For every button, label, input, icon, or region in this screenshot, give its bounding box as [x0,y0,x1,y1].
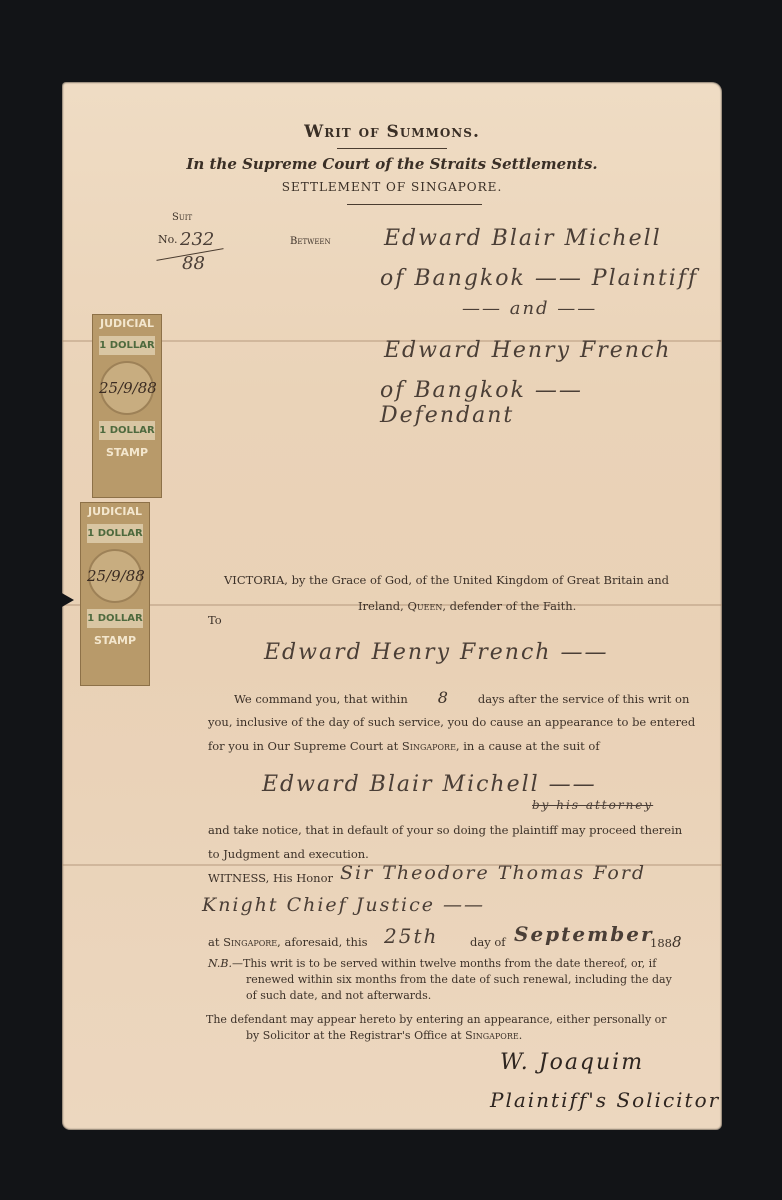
solicitor-role: Plaintiff's Solicitor [490,1088,720,1112]
suit-label: Suit [172,206,192,230]
stamp-header: JUDICIAL [93,315,161,332]
witness-title: Knight Chief Justice —— [202,894,485,916]
nb-line-2: renewed within six months from the date … [246,972,672,988]
text: , aforesaid, this [277,935,367,949]
text: Ireland, [358,599,407,613]
to-name: Edward Henry French —— [264,640,608,665]
singapore-text: Singapore [402,739,456,753]
date-dayof: day of [470,930,506,954]
stamp-footer: STAMP [93,444,161,461]
text: . [519,1029,523,1042]
solicitor-signature: W. Joaquim [500,1050,644,1075]
appear-line-2: by Solicitor at the Registrar's Office a… [246,1028,522,1044]
stamp-header: JUDICIAL [81,503,149,520]
command-line-2: you, inclusive of the day of such servic… [208,710,695,734]
command-line-1: We command you, that within8days after t… [234,686,689,711]
date-line: at Singapore, aforesaid, this [208,930,368,954]
text: by Solicitor at the Registrar's Office a… [246,1029,465,1042]
stamp-value: 1 DOLLAR [87,524,143,543]
singapore-text: Singapore [465,1029,519,1042]
struck-text: by his attorney [532,798,653,812]
nb-label: N.B. [208,957,232,970]
writ-document: Writ of Summons. In the Supreme Court of… [62,82,722,1130]
stamp-value: 1 DOLLAR [87,609,143,628]
plaintiff-name: Edward Blair Michell [384,226,662,251]
stamp-footer: STAMP [81,632,149,649]
and-text: —— and —— [462,298,597,319]
between-label: Between [290,230,331,254]
text: 188 [650,936,672,950]
witness-label: WITNESS, His Honor [208,866,333,890]
document-title: Writ of Summons. [62,122,722,142]
nb-line-1: N.B.—This writ is to be served within tw… [208,956,656,972]
text: for you in Our Supreme Court at [208,739,402,753]
text: , in a cause at the suit of [456,739,600,753]
singapore-text: Singapore [223,935,277,949]
stamp-cancellation: 25/9/88 [87,567,145,585]
victoria-line-2: Ireland, Queen, defender of the Faith. [358,594,576,618]
nb-line-3: of such date, and not afterwards. [246,988,431,1004]
defendant-of: of Bangkok —— Defendant [380,378,722,428]
ornament-rule [337,148,447,149]
stamp-value: 1 DOLLAR [99,421,155,440]
date-day: 25th [384,924,438,948]
defendant-name: Edward Henry French [384,338,671,363]
victoria-line-1: VICTORIA, by the Grace of God, of the Un… [224,568,669,592]
date-year: 1888 [650,930,682,955]
notice-line-1: and take notice, that in default of your… [208,818,682,842]
to-label: To [208,608,222,632]
appear-line-1: The defendant may appear hereto by enter… [206,1012,667,1028]
judicial-stamp-2: JUDICIAL 1 DOLLAR 1 DOLLAR STAMP 25/9/88 [80,502,150,686]
stamp-value: 1 DOLLAR [99,336,155,355]
command-line-3: for you in Our Supreme Court at Singapor… [208,734,600,758]
court-name: In the Supreme Court of the Straits Sett… [62,155,722,173]
date-month: September [514,922,654,946]
suit-year: 88 [182,252,205,276]
judicial-stamp-1: JUDICIAL 1 DOLLAR 1 DOLLAR STAMP 25/9/88 [92,314,162,498]
text: at [208,935,223,949]
suit-of-name: Edward Blair Michell —— [262,772,597,797]
stamp-cancellation: 25/9/88 [99,379,157,397]
paper-tear [60,592,74,608]
plaintiff-of: of Bangkok —— Plaintiff [380,266,698,291]
settlement-name: SETTLEMENT OF SINGAPORE. [62,180,722,194]
text: We command you, that within [234,692,408,706]
text: —This writ is to be served within twelve… [232,957,656,970]
witness-name: Sir Theodore Thomas Ford [340,862,646,884]
suit-no-prefix: No. [158,228,178,252]
queen-text: Queen [407,599,442,613]
days-value: 8 [438,688,448,707]
text: , defender of the Faith. [442,599,576,613]
year-hand: 8 [672,933,682,951]
text: days after the service of this writ on [478,692,689,706]
suit-number: 232 [180,228,214,252]
ornament-rule [347,204,482,205]
